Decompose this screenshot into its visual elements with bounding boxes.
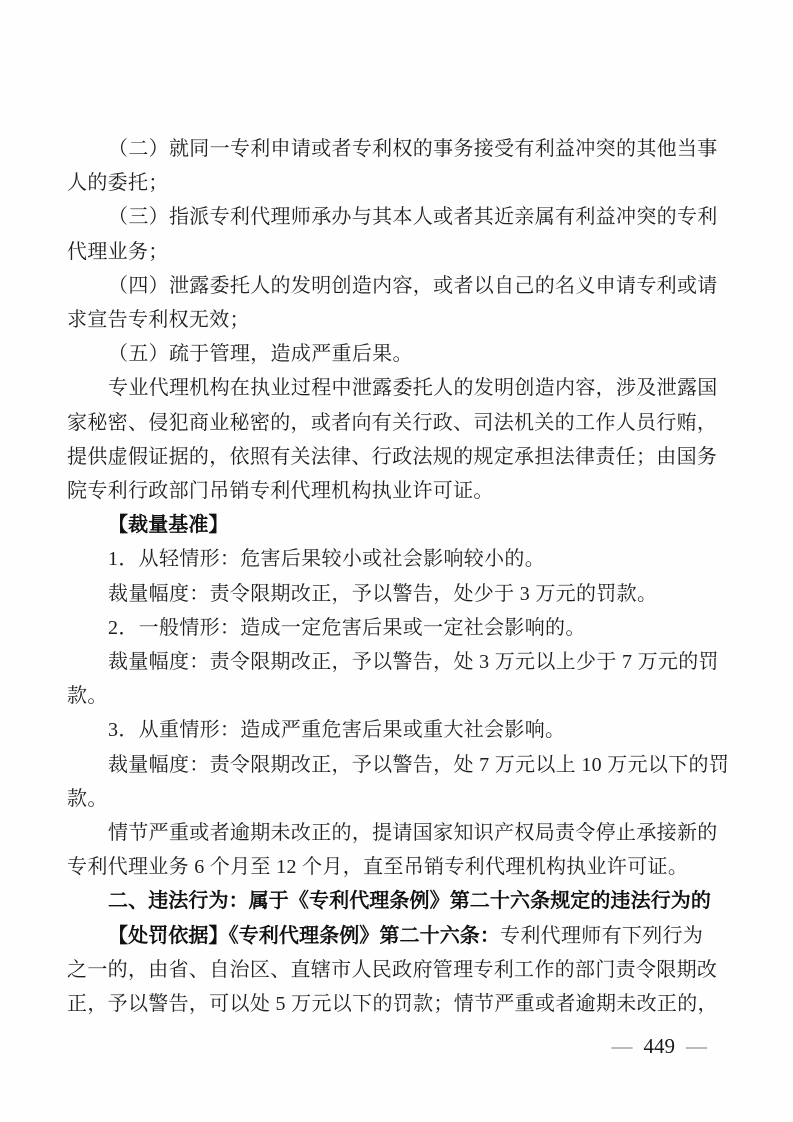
body-text: 正，予以警告，可以处 5 万元以下的罚款；情节严重或者逾期未改正的， (67, 993, 718, 1015)
text-line: 二、违法行为：属于《专利代理条例》第二十六条规定的违法行为的 (67, 884, 721, 918)
document-page: （二）就同一专利申请或者专利权的事务接受有利益冲突的其他当事人的委托；（三）指派… (0, 0, 793, 1122)
body-text: 院专利行政部门吊销专利代理机构执业许可证。 (67, 480, 494, 502)
text-line: 款。 (67, 679, 721, 713)
bold-text: 【裁量基准】 (108, 514, 229, 536)
page-number-left-dash: — (612, 1034, 633, 1058)
text-line: 3．从重情形：造成严重危害后果或重大社会影响。 (67, 713, 721, 747)
text-line: 情节严重或者逾期未改正的，提请国家知识产权局责令停止承接新的 (67, 816, 721, 850)
text-line: 之一的，由省、自治区、直辖市人民政府管理专利工作的部门责令限期改 (67, 953, 721, 987)
body-text: 专利代理业务 6 个月至 12 个月，直至吊销专利代理机构执业许可证。 (67, 856, 688, 878)
text-line: 【处罚依据】《专利代理条例》第二十六条：专利代理师有下列行为 (67, 919, 721, 953)
text-line: 院专利行政部门吊销专利代理机构执业许可证。 (67, 474, 721, 508)
page-number: —449— (67, 1031, 721, 1061)
text-line: 正，予以警告，可以处 5 万元以下的罚款；情节严重或者逾期未改正的， (67, 987, 721, 1021)
body-text: 情节严重或者逾期未改正的，提请国家知识产权局责令停止承接新的 (108, 822, 718, 844)
body-text: （二）就同一专利申请或者专利权的事务接受有利益冲突的其他当事 (108, 138, 718, 160)
body-text: 人的委托； (67, 172, 169, 194)
text-line: 款。 (67, 782, 721, 816)
body-text: 专利代理师有下列行为 (500, 925, 703, 947)
text-line: （二）就同一专利申请或者专利权的事务接受有利益冲突的其他当事 (67, 132, 721, 166)
body-text: 之一的，由省、自治区、直辖市人民政府管理专利工作的部门责令限期改 (67, 959, 717, 981)
text-line: 专利代理业务 6 个月至 12 个月，直至吊销专利代理机构执业许可证。 (67, 850, 721, 884)
body-text: 裁量幅度：责令限期改正，予以警告，处少于 3 万元的罚款。 (108, 583, 657, 605)
page-number-right-dash: — (686, 1034, 707, 1058)
body-text: 家秘密、侵犯商业秘密的，或者向有关行政、司法机关的工作人员行贿， (67, 412, 717, 434)
body-text: 专业代理机构在执业过程中泄露委托人的发明创造内容，涉及泄露国 (108, 377, 718, 399)
text-line: （三）指派专利代理师承办与其本人或者其近亲属有利益冲突的专利 (67, 200, 721, 234)
body-text: 代理业务； (67, 241, 169, 263)
text-line: （四）泄露委托人的发明创造内容，或者以自己的名义申请专利或请 (67, 269, 721, 303)
body-text: 款。 (67, 685, 108, 707)
body-text: 2．一般情形：造成一定危害后果或一定社会影响的。 (108, 617, 586, 639)
text-line: 裁量幅度：责令限期改正，予以警告，处 3 万元以上少于 7 万元的罚 (67, 645, 721, 679)
text-line: 专业代理机构在执业过程中泄露委托人的发明创造内容，涉及泄露国 (67, 371, 721, 405)
text-line: （五）疏于管理，造成严重后果。 (67, 337, 721, 371)
body-text: 提供虚假证据的，依照有关法律、行政法规的规定承担法律责任；由国务 (67, 446, 717, 468)
body-text: （四）泄露委托人的发明创造内容，或者以自己的名义申请专利或请 (108, 275, 718, 297)
body-text: 裁量幅度：责令限期改正，予以警告，处 3 万元以上少于 7 万元的罚 (108, 651, 719, 673)
body-text: 1．从轻情形：危害后果较小或社会影响较小的。 (108, 548, 545, 570)
body-text: 求宣告专利权无效； (67, 309, 250, 331)
text-line: 2．一般情形：造成一定危害后果或一定社会影响的。 (67, 611, 721, 645)
text-line: 家秘密、侵犯商业秘密的，或者向有关行政、司法机关的工作人员行贿， (67, 406, 721, 440)
body-text: 裁量幅度：责令限期改正，予以警告，处 7 万元以上 10 万元以下的罚 (108, 754, 729, 776)
text-line: 裁量幅度：责令限期改正，予以警告，处 7 万元以上 10 万元以下的罚 (67, 748, 721, 782)
text-line: 提供虚假证据的，依照有关法律、行政法规的规定承担法律责任；由国务 (67, 440, 721, 474)
text-line: 求宣告专利权无效； (67, 303, 721, 337)
text-line: 裁量幅度：责令限期改正，予以警告，处少于 3 万元的罚款。 (67, 577, 721, 611)
body-text: 3．从重情形：造成严重危害后果或重大社会影响。 (108, 719, 565, 741)
body-text: 款。 (67, 788, 108, 810)
text-line: 1．从轻情形：危害后果较小或社会影响较小的。 (67, 542, 721, 576)
body-text: （五）疏于管理，造成严重后果。 (108, 343, 413, 365)
text-line: 人的委托； (67, 166, 721, 200)
body-text: （三）指派专利代理师承办与其本人或者其近亲属有利益冲突的专利 (108, 206, 718, 228)
text-line: 【裁量基准】 (67, 508, 721, 542)
text-line: 代理业务； (67, 235, 721, 269)
text-block: （二）就同一专利申请或者专利权的事务接受有利益冲突的其他当事人的委托；（三）指派… (67, 132, 721, 1021)
bold-text: 二、违法行为：属于《专利代理条例》第二十六条规定的违法行为的 (108, 890, 711, 912)
bold-text: 【处罚依据】《专利代理条例》第二十六条： (108, 925, 500, 947)
page-number-value: 449 (644, 1034, 676, 1058)
